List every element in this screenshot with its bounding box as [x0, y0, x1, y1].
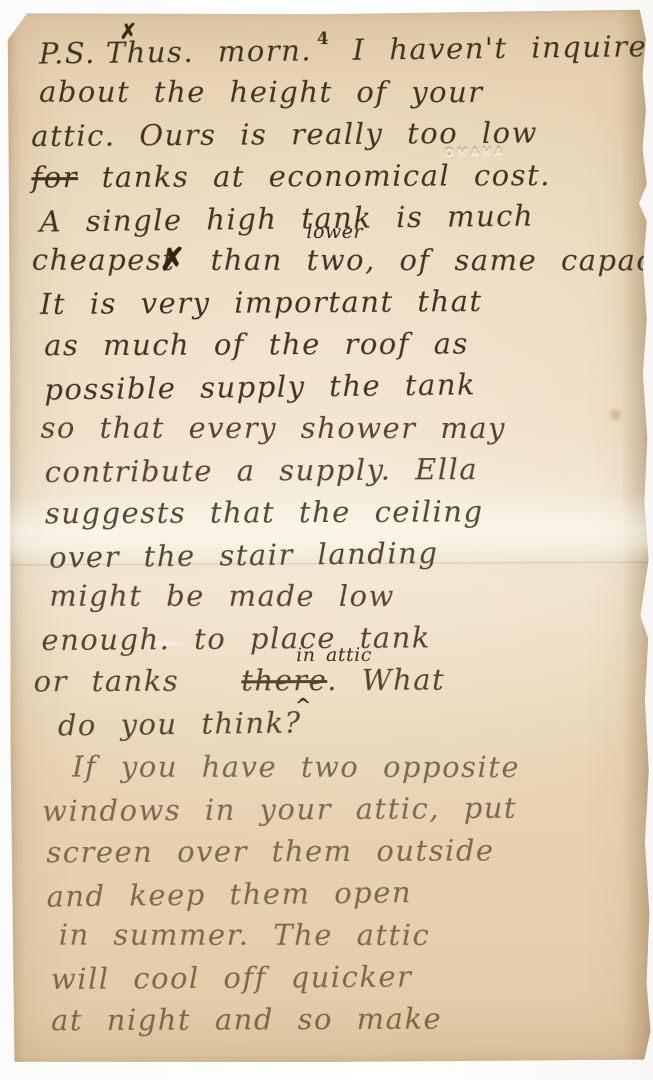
line-text: than two, [211, 243, 376, 277]
letter-line: contribute a supply. Ella [45, 447, 639, 493]
x-correction-mark: ✗ [159, 242, 187, 278]
corrected-phrase: than two,lower [211, 239, 376, 281]
inserted-phrase: in attic [296, 646, 372, 665]
letter-line: at night and so make [51, 997, 641, 1042]
letter-line: will cool off quicker [51, 954, 641, 1000]
letter-line: P.S.✗Thus. morn.4 I haven't inquired [39, 25, 637, 74]
letter-line: about the height of your [39, 71, 637, 114]
line-text: cheapest [32, 243, 176, 277]
handwritten-text-block: P.S.✗Thus. morn.4 I haven't inquired abo… [31, 28, 641, 1042]
inserted-word: lower [306, 223, 363, 242]
letter-line: and keep them open [46, 868, 640, 917]
struck-word: there [241, 663, 327, 697]
letter-line: in summer. The attic [59, 914, 641, 957]
letter-line: as much of the roof as [44, 322, 638, 367]
letter-line: so that every shower may [41, 407, 639, 450]
letter-line: over the stair landing [49, 529, 639, 578]
letter-paper: OMAHA P.S.✗Thus. morn.4 I haven't inquir… [7, 10, 652, 1064]
letter-line: suggests that the ceiling [45, 490, 639, 535]
letter-line: for tanks at economical cost. [31, 154, 637, 199]
letter-line: or tankstherein attic^. What [34, 658, 640, 703]
page-number-superscript: 4 [317, 29, 329, 49]
letter-line: do you think? [58, 697, 640, 746]
letter-line: screen over them outside [46, 829, 640, 874]
line-text: tanks at economical cost. [102, 158, 551, 194]
letter-line: windows in your attic, put [42, 786, 640, 832]
struck-word: for [31, 160, 78, 194]
line-text: . What [327, 662, 445, 697]
letter-line: might be made low [49, 575, 639, 618]
letter-line: If you have two opposite [72, 746, 640, 788]
line-text: or tanks [34, 664, 180, 699]
letter-line: cheapest✗ than two,lower of same capacit… [32, 239, 638, 282]
ps-label: P.S. [39, 36, 96, 71]
letter-line: It is very important that [40, 279, 638, 325]
letter-line: possible supply the tank [44, 361, 638, 410]
letter-line: attic. Ours is really too low [31, 111, 637, 157]
scanned-letter-page: OMAHA P.S.✗Thus. morn.4 I haven't inquir… [0, 0, 653, 1080]
corrected-phrase: therein attic^ [241, 659, 327, 701]
line-text: I haven't inquired [352, 29, 653, 67]
x-correction-mark: ✗ [119, 10, 139, 52]
line-text: of same capacity [400, 243, 653, 277]
